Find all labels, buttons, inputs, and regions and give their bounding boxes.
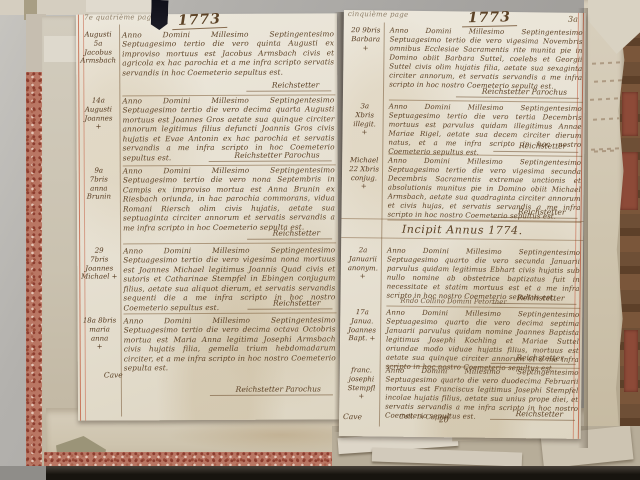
spine-brick-patch: [620, 152, 638, 210]
year-header: 1773: [462, 9, 517, 27]
entry-margin-note: 9a 7bris anna Brunin: [79, 166, 119, 201]
page-bottom-note: Cave: [104, 370, 123, 379]
burial-entry: 3a Xbris illegit. + Anno Domini Millesim…: [342, 102, 585, 153]
year-header: 1773: [172, 11, 228, 30]
spine-brick-patch: [622, 92, 638, 136]
entry-body-text: Anno Domini Millesimo Septingentesimo Se…: [122, 29, 334, 77]
burial-entry: 14a Augusti Joannes + Anno Domini Milles…: [76, 95, 337, 162]
ghost-handwriting: [594, 79, 622, 82]
burial-entry: 9a 7bris anna Brunin Anno Domini Millesi…: [77, 165, 338, 240]
ghost-handwriting: [590, 97, 622, 101]
register-right-page: cinquième page 1773 3a 20 9bris Barbara …: [339, 10, 586, 439]
priest-signature: Reichstetter: [247, 298, 333, 309]
photo-of-open-parish-register: 7e quatrième page 1773 Augusti 5a Jacobu…: [0, 0, 640, 480]
burial-entry: Michael 22 Xbris conjug. + Anno Domini M…: [341, 156, 584, 219]
entry-separator-line: [123, 242, 336, 244]
priest-signature: Reichstetter Parochus: [456, 86, 579, 99]
entry-margin-note: Augusti 5a Jacobus Armsbach: [78, 30, 118, 65]
entry-margin-note: franc. josephi Stempfl +: [341, 366, 381, 401]
right-page-edge-shadow: [578, 8, 588, 448]
priest-signature: Reichstetter: [493, 141, 579, 153]
priest-signature: Reichstetter: [490, 353, 576, 365]
ghost-handwriting: [593, 117, 620, 120]
priest-signature: Reichstetter Parochus: [210, 384, 333, 396]
page-number-note: 20: [439, 415, 449, 424]
section-header-1774: Incipit Annus 1774.: [341, 218, 583, 241]
priest-signature: Reichstetter: [490, 409, 576, 421]
entry-margin-note: Michael 22 Xbris conjug. +: [344, 156, 384, 191]
flyleaf-tape-patch: [44, 36, 80, 62]
folio-number: 3a: [568, 15, 578, 24]
paper-fold: [372, 447, 522, 466]
priest-signature: Reichstetter: [247, 228, 333, 239]
priest-signature: Reichstetter Parochus: [208, 150, 331, 162]
entry-margin-note: 18a 8bris maria anna +: [80, 316, 120, 351]
entry-body-text: Anno Domini Millesimo Septingentesimo Se…: [389, 27, 583, 92]
entry-separator-line: [124, 312, 337, 314]
entry-subnote: Rndo Collino Domini Petorther: [400, 297, 506, 306]
priest-signature: Reichstetter: [246, 80, 332, 91]
entry-margin-note: 2a Januarii anonym. +: [343, 246, 383, 281]
table-surface: [0, 466, 46, 480]
entry-margin-note: 17a Janua. Joannes Bapt. +: [342, 308, 382, 343]
page-bottom-note: Cave: [343, 412, 362, 421]
spine-brick-patch: [624, 330, 638, 392]
burial-entry: franc. josephi Stempfl + Anno Domini Mil…: [339, 366, 582, 421]
burial-entry: Augusti 5a Jacobus Armsbach Anno Domini …: [76, 29, 337, 92]
background-paper-sliver-light: [86, 0, 152, 12]
entry-margin-note: 20 9bris Barbara +: [345, 26, 385, 53]
entry-margin-note: 29 7bris Joannes Michael +: [79, 246, 119, 281]
book-bottom-shadow: [46, 466, 640, 480]
ghost-handwriting: [592, 61, 622, 65]
burial-entry: 20 9bris Barbara + Anno Domini Millesimo…: [343, 26, 586, 99]
burial-entry: 2a Januarii anonym. + Anno Domini Milles…: [340, 246, 583, 305]
entry-margin-note: 14a Augusti Joannes +: [78, 96, 118, 131]
register-left-page: 7e quatrième page 1773 Augusti 5a Jacobu…: [76, 13, 339, 420]
entry-margin-note: 3a Xbris illegit. +: [344, 102, 384, 137]
entry-body-text: Anno Domini Millesimo Septingentesimo Se…: [123, 165, 335, 232]
burial-entry: 18a 8bris maria anna + Anno Domini Mille…: [78, 315, 339, 396]
entry-body-text: Anno Domini Millesimo Septingentesimo Se…: [124, 315, 336, 373]
ghost-handwriting: [594, 149, 618, 152]
priest-signature: Reichstetter: [492, 207, 578, 219]
burial-entry: 29 7bris Joannes Michael + Anno Domini M…: [77, 245, 338, 310]
burial-entry: 17a Janua. Joannes Bapt. + Anno Domini M…: [340, 308, 583, 365]
archivist-corner-note: cinquième page: [348, 10, 448, 19]
